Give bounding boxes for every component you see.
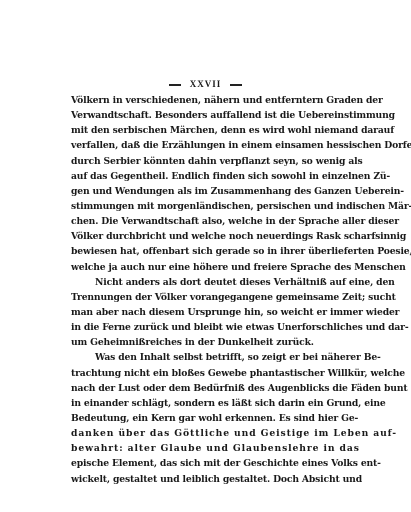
text-line: Trennungen der Völker vorangegangene gem… [71, 290, 337, 305]
text-line: danken über das Göttliche und Geistige i… [71, 426, 337, 441]
text-line: chen. Die Verwandtschaft also, welche in… [71, 214, 337, 229]
page-number-header: XXVII [0, 79, 411, 89]
text-line: bewahrt: alter Glaube und Glaubenslehre … [71, 441, 337, 456]
text-line: in einander schlägt, sondern es läßt sic… [71, 396, 337, 411]
text-line: durch Serbier könnten dahin verpflanzt s… [71, 154, 337, 169]
paragraph-start-line: Nicht anders als dort deutet dieses Verh… [71, 275, 337, 290]
text-line: Völker durchbricht und welche noch neuer… [71, 229, 337, 244]
header-dash-right [230, 84, 242, 86]
text-line: Verwandtschaft. Besonders auffallend ist… [71, 108, 337, 123]
text-line: gen und Wendungen als im Zusammenhang de… [71, 184, 337, 199]
text-line: mit den serbischen Märchen, denn es wird… [71, 123, 337, 138]
text-line: in die Ferne zurück und bleibt wie etwas… [71, 320, 337, 335]
text-line: welche ja auch nur eine höhere und freie… [71, 260, 337, 275]
text-line: verfallen, daß die Erzählungen in einem … [71, 138, 337, 153]
text-line: Bedeutung, ein Kern gar wohl erkennen. E… [71, 411, 337, 426]
text-line: wickelt, gestaltet und leiblich gestalte… [71, 472, 337, 487]
paragraph-start-line: Was den Inhalt selbst betrifft, so zeigt… [71, 350, 337, 365]
text-line: Völkern in verschiedenen, nähern und ent… [71, 93, 337, 108]
text-line: man aber nach diesem Ursprunge hin, so w… [71, 305, 337, 320]
text-line: stimmungen mit morgenländischen, persisc… [71, 199, 337, 214]
text-line: trachtung nicht ein bloßes Gewebe phanta… [71, 366, 337, 381]
page-number: XXVII [190, 79, 222, 89]
text-line: bewiesen hat, offenbart sich gerade so i… [71, 244, 337, 259]
text-line: auf das Gegentheil. Endlich finden sich … [71, 169, 337, 184]
body-text: Völkern in verschiedenen, nähern und ent… [71, 93, 337, 487]
text-line: nach der Lust oder dem Bedürfniß des Aug… [71, 381, 337, 396]
text-line: epische Element, das sich mit der Geschi… [71, 456, 337, 471]
paragraph-end-line: um Geheimnißreiches in der Dunkelheit zu… [71, 335, 337, 350]
header-dash-left [169, 84, 181, 86]
